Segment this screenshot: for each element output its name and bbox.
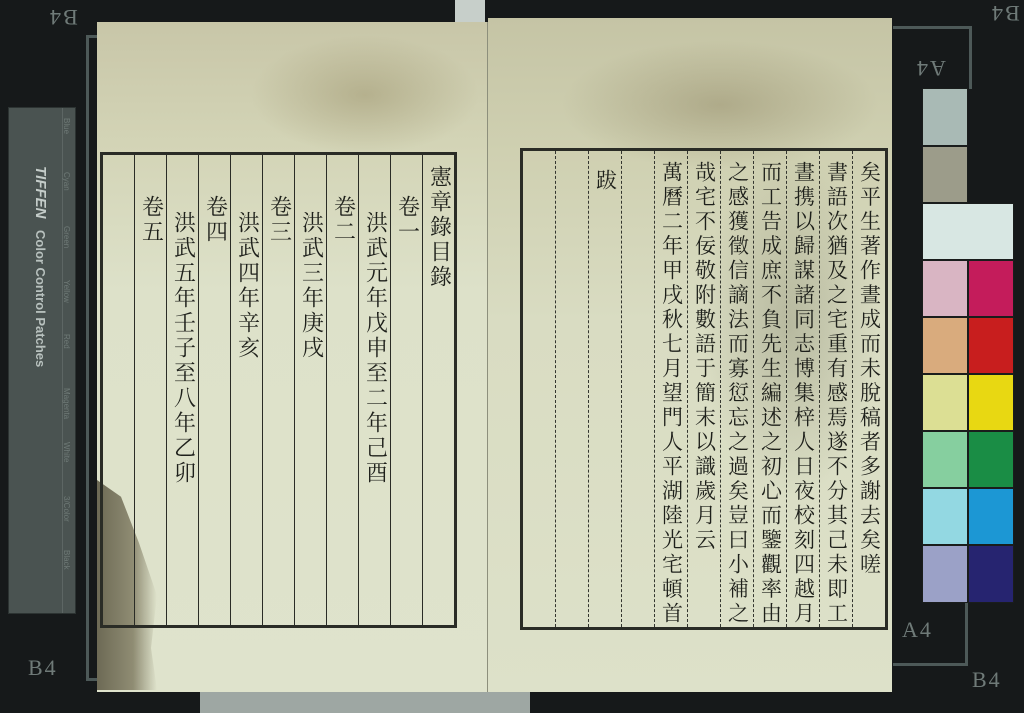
patch-yellow-light (922, 374, 968, 431)
colophon-column: 哉宅不佞敬附數語于簡末以識歲月云 (687, 151, 720, 627)
tiffen-label: White (62, 442, 71, 496)
toc-column: 洪武四年辛亥 (230, 155, 262, 625)
size-marker-right-upper: A4 (915, 55, 946, 81)
colophon-text: 矣平生著作晝成而未脫稿者多謝去矣嗟 (859, 161, 880, 578)
patch-lavender (922, 545, 968, 603)
toc-column (103, 155, 134, 625)
tiffen-label: Blue (62, 118, 71, 172)
patch-magenta (968, 260, 1014, 317)
toc-column: 洪武元年戊申至二年己酉 (358, 155, 390, 625)
tiffen-logo: TIFFEN (32, 166, 49, 219)
patch-navy (968, 545, 1014, 603)
size-marker-top-left: B4 (48, 4, 78, 30)
tiffen-title: Color Control Patches (33, 230, 48, 367)
patch-green (968, 431, 1014, 488)
tiffen-label: Yellow (62, 280, 71, 334)
colophon-text: 書語次猶及之宅重有感焉遂不分其己未即工 (826, 161, 847, 627)
water-stain (250, 35, 480, 155)
toc-period: 洪武五年壬子至八年乙卯 (172, 211, 194, 486)
toc-column: 卷四 (198, 155, 230, 625)
colophon-column: 書語次猶及之宅重有感焉遂不分其己未即工 (819, 151, 852, 627)
patch-gray-light (922, 88, 968, 146)
patch-cyan (968, 488, 1014, 545)
colophon-column: 而工告成庶不負先生編述之初心而鑒觀率由 (753, 151, 786, 627)
colophon-column (621, 151, 654, 627)
toc-volume: 卷四 (204, 195, 226, 245)
tiffen-label: Magenta (62, 388, 71, 442)
patch-cyan-light (922, 488, 968, 545)
color-checker (922, 88, 1014, 604)
patch-pink-light (922, 260, 968, 317)
toc-column: 卷三 (262, 155, 294, 625)
toc-column: 洪武三年庚戌 (294, 155, 326, 625)
toc-grid: 憲章錄目錄 卷一 洪武元年戊申至二年己酉 卷二 洪武三年庚戌 卷三 洪武四年辛亥… (100, 152, 457, 628)
tiffen-color-strip: TIFFEN Color Control Patches Blue Cyan G… (8, 107, 76, 614)
paper-tab-bottom (200, 690, 530, 713)
toc-column: 卷五 (134, 155, 166, 625)
colophon-text: 哉宅不佞敬附數語于簡末以識歲月云 (694, 161, 715, 553)
patch-green-light (922, 431, 968, 488)
toc-column: 洪武五年壬子至八年乙卯 (166, 155, 198, 625)
paper-tab-top (455, 0, 485, 22)
toc-period: 洪武元年戊申至二年己酉 (364, 211, 386, 486)
colophon-signature: 萬曆二年甲戌秋七月望門人平湖陸光宅頓首 (661, 161, 682, 627)
colophon-heading: 跋 (595, 169, 616, 194)
size-marker-bottom-right: B4 (972, 667, 1002, 693)
toc-volume: 卷一 (396, 195, 418, 245)
colophon-text: 而工告成庶不負先生編述之初心而鑒觀率由 (760, 161, 781, 627)
toc-title-column: 憲章錄目錄 (422, 155, 454, 625)
colophon-column: 之感獲徵信謫法而寡愆忘之過矣豈曰小補之 (720, 151, 753, 627)
toc-column: 卷二 (326, 155, 358, 625)
colophon-text: 之感獲徵信謫法而寡愆忘之過矣豈曰小補之 (727, 161, 748, 627)
colophon-column: 跋 (588, 151, 621, 627)
colophon-column (555, 151, 588, 627)
toc-column: 卷一 (390, 155, 422, 625)
tiffen-label: Red (62, 334, 71, 388)
toc-volume: 卷三 (268, 195, 290, 245)
patch-red (968, 317, 1014, 374)
tiffen-label: Green (62, 226, 71, 280)
colophon-column (523, 151, 555, 627)
size-marker-right-lower: A4 (902, 617, 933, 643)
tiffen-labels: Blue Cyan Green Yellow Red Magenta White… (62, 118, 71, 604)
colophon-column: 晝携以歸謀諸同志博集梓人日夜校刻四越月 (786, 151, 819, 627)
colophon-column: 萬曆二年甲戌秋七月望門人平湖陸光宅頓首 (654, 151, 687, 627)
size-marker-top-right: B4 (990, 0, 1020, 26)
toc-period: 洪武三年庚戌 (300, 211, 322, 361)
tiffen-label: Black (62, 550, 71, 604)
patch-white (922, 203, 1014, 260)
patch-yellow (968, 374, 1014, 431)
toc-volume: 卷二 (332, 195, 354, 245)
patch-gray-mid (922, 146, 968, 203)
toc-title: 憲章錄目錄 (428, 165, 450, 290)
toc-volume: 卷五 (140, 195, 162, 245)
patch-orange-light (922, 317, 968, 374)
tiffen-label: 3/Color (62, 496, 71, 550)
colophon-column: 矣平生著作晝成而未脫稿者多謝去矣嗟 (852, 151, 885, 627)
size-marker-bottom-left: B4 (28, 655, 58, 681)
tiffen-label: Cyan (62, 172, 71, 226)
colophon-text: 晝携以歸謀諸同志博集梓人日夜校刻四越月 (793, 161, 814, 627)
toc-period: 洪武四年辛亥 (236, 211, 258, 361)
colophon-grid: 矣平生著作晝成而未脫稿者多謝去矣嗟 書語次猶及之宅重有感焉遂不分其己未即工 晝携… (520, 148, 888, 630)
